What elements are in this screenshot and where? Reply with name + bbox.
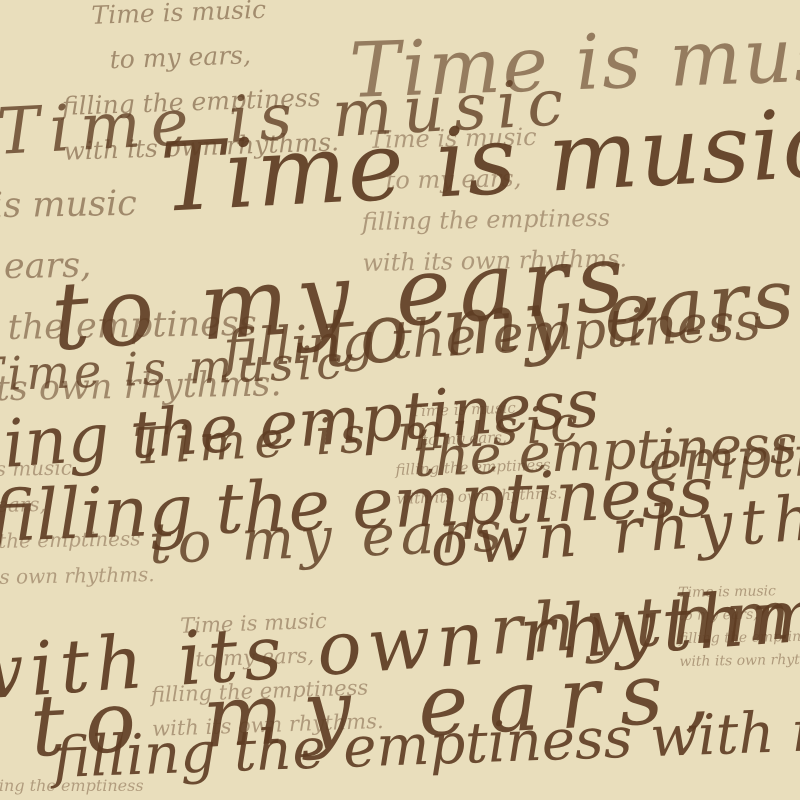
quote-line: filling the emptiness <box>0 776 144 795</box>
faint-bottom-edge-line: filling the emptiness <box>0 776 144 795</box>
quote-line: with its own rhythms. <box>0 556 155 596</box>
handwritten-quote-collage: Time is musicto my ears,filling the empt… <box>0 0 800 800</box>
quote-line: Time is music <box>0 171 279 239</box>
